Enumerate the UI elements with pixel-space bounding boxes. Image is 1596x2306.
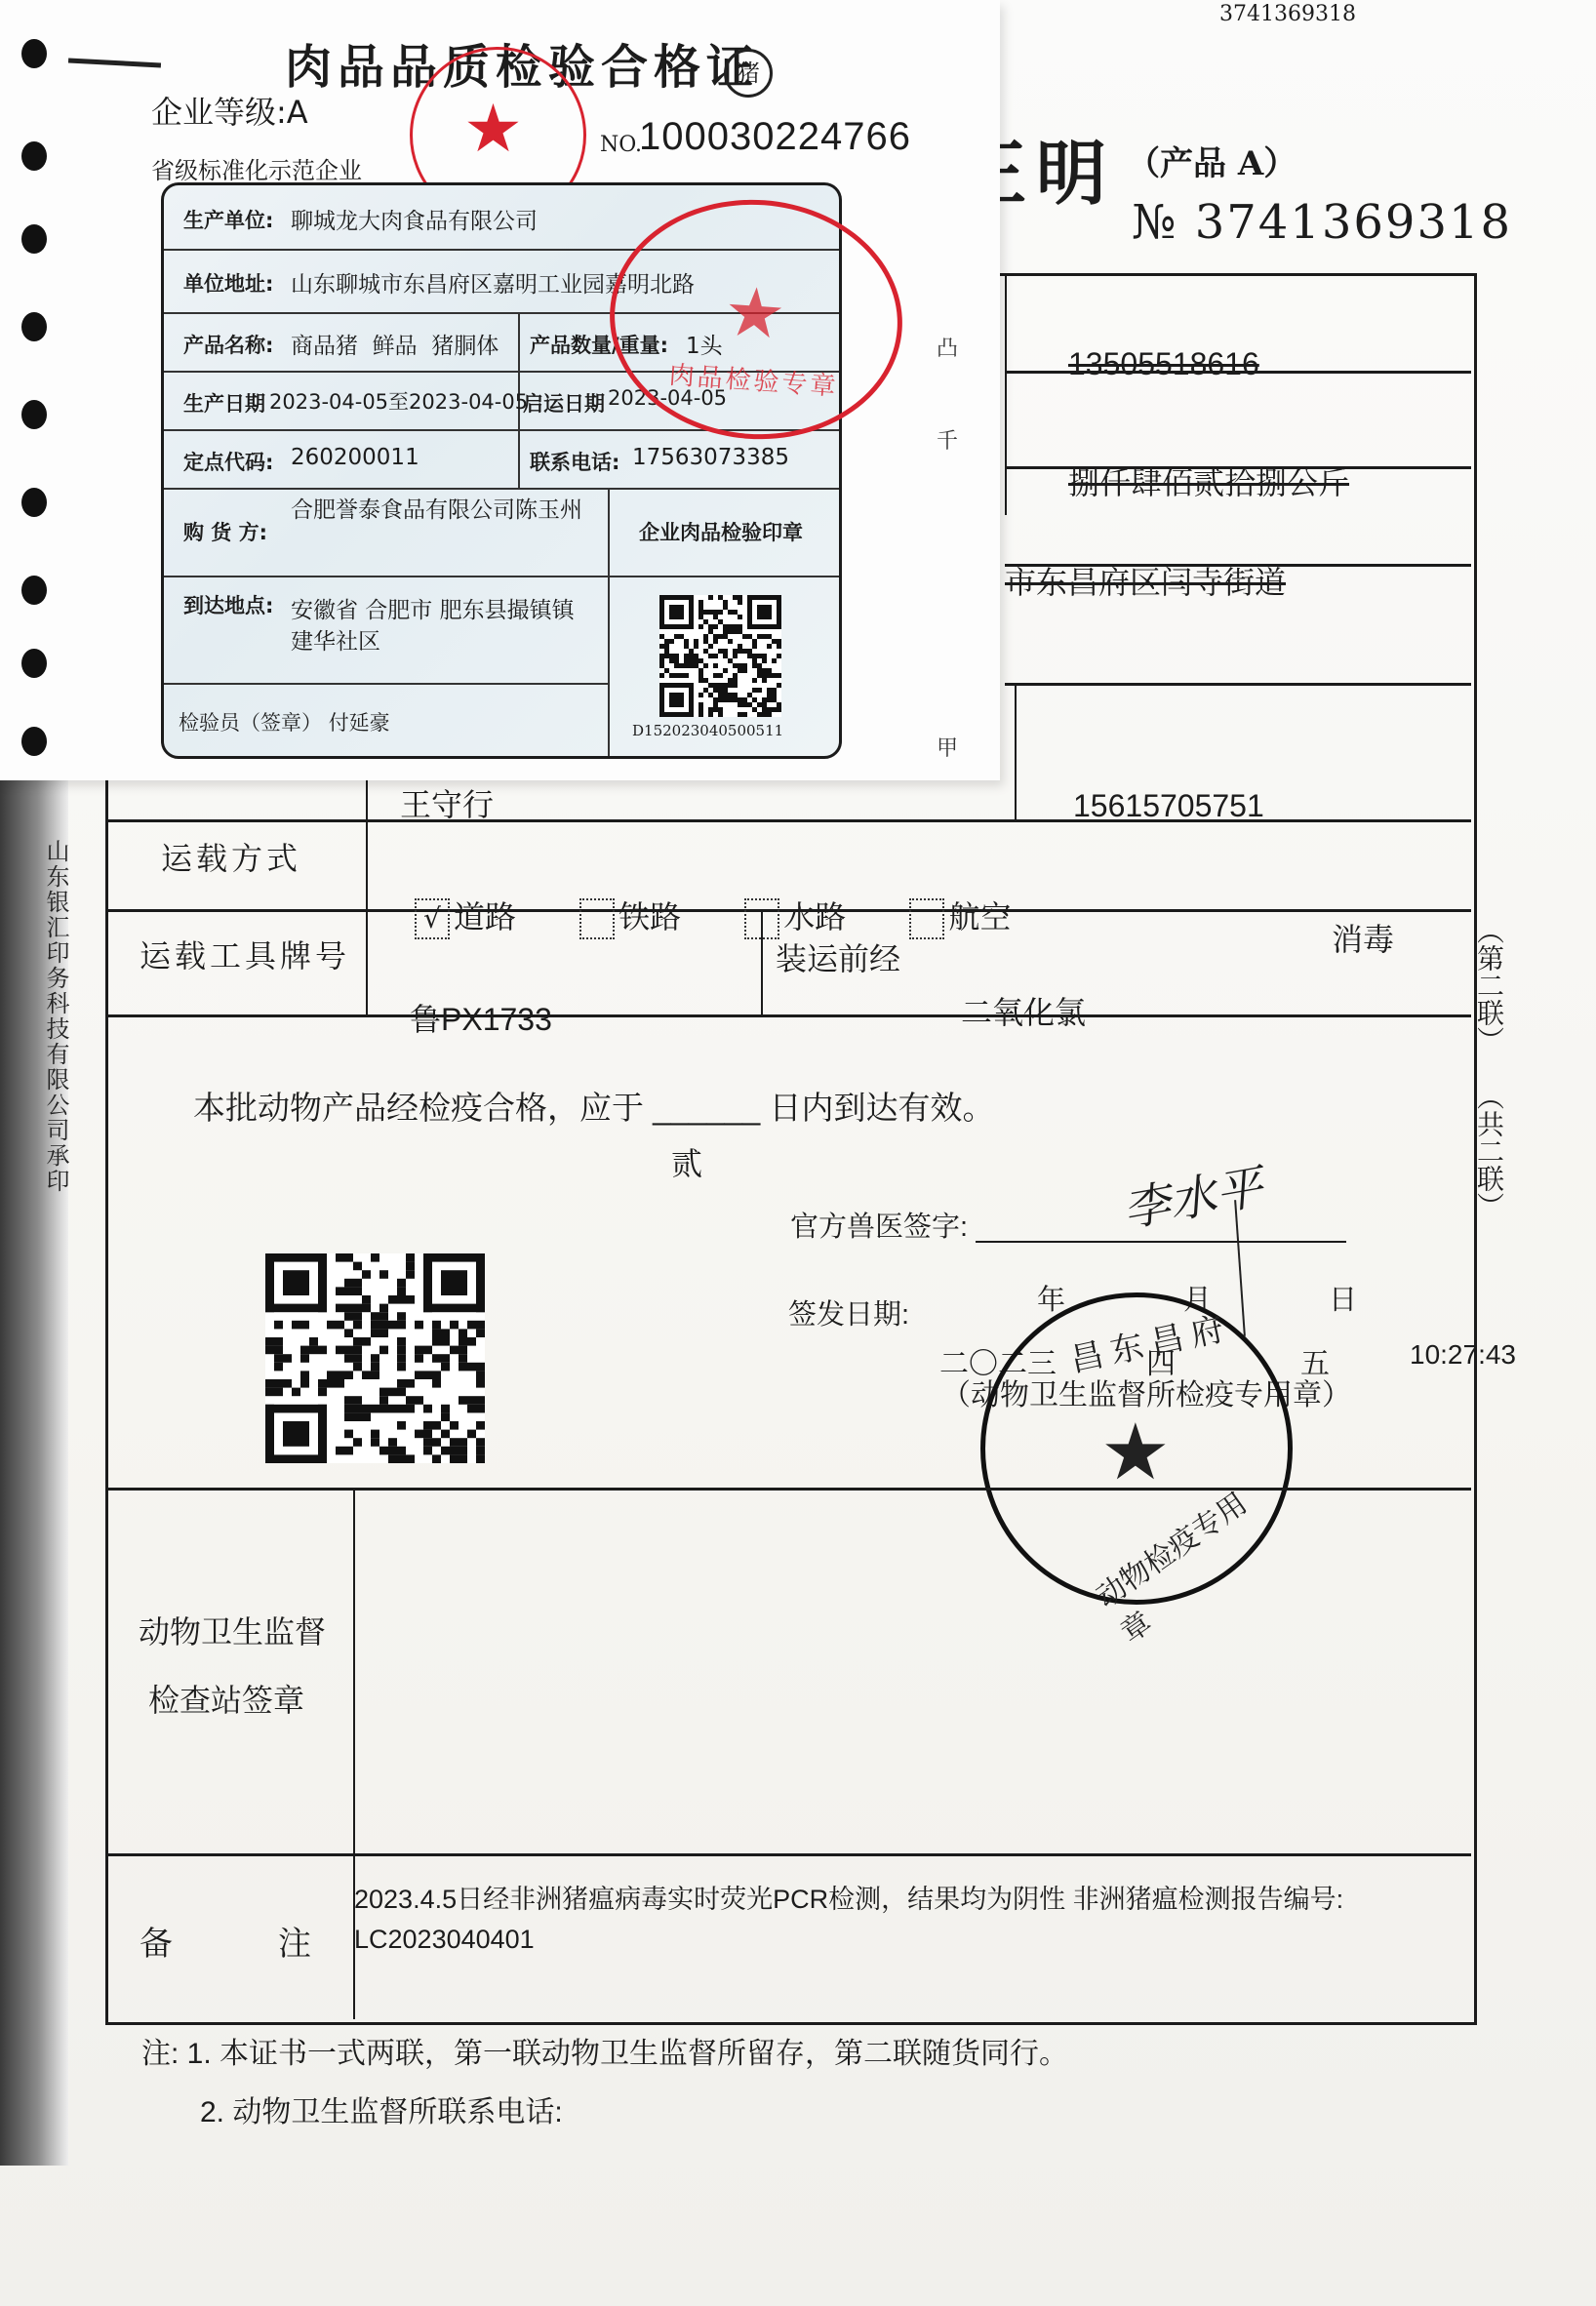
inspector-name: 付延豪 bbox=[329, 711, 390, 735]
destination: 安徽省 合肥市 肥东县撮镇镇建华社区 bbox=[291, 595, 583, 657]
producer-label: 生产单位: bbox=[183, 205, 273, 234]
production-date-label: 生产日期 bbox=[183, 388, 265, 417]
origin-address: 市东昌府区闫寺街道 bbox=[1005, 558, 1286, 603]
checkpoint-label-line2: 检查站签章 bbox=[148, 1676, 304, 1721]
remarks-line-2: LC2023040401 bbox=[354, 1925, 535, 1955]
punch-hole bbox=[21, 649, 47, 678]
printer-credit: 山东银汇印务科技有限公司承印 bbox=[39, 839, 73, 1194]
remarks-label-a: 备 bbox=[140, 1917, 173, 1965]
enterprise-note: 省级标准化示范企业 bbox=[151, 151, 362, 185]
certificate-number-label: № bbox=[1132, 195, 1177, 250]
document-title-suffix: （产品 A） bbox=[1127, 137, 1297, 184]
remarks-line-1: 2023.4.5日经非洲猪瘟病毒实时荧光PCR检测，结果均为阴性 非洲猪瘟检测报… bbox=[354, 1878, 1343, 1916]
col-divider bbox=[608, 488, 610, 756]
carrier-name: 王守行 bbox=[400, 780, 494, 825]
certificate-no-prefix: NO. bbox=[600, 133, 642, 157]
issue-time: 10:27:43 bbox=[1410, 1339, 1516, 1371]
punch-hole bbox=[21, 727, 47, 756]
punch-hole bbox=[21, 400, 47, 429]
disinfectant: 二氧化氯 bbox=[961, 988, 1086, 1033]
punch-hole bbox=[21, 141, 47, 171]
punch-hole bbox=[21, 312, 47, 341]
carrier-phone: 15615705751 bbox=[1073, 788, 1264, 824]
punch-hole bbox=[21, 224, 47, 254]
producer: 聊城龙大肉食品有限公司 bbox=[291, 203, 538, 235]
meat-quality-certificate: 肉品品质检验合格证 猪 企业等级:A 省级标准化示范企业 NO. 1000302… bbox=[0, 0, 1000, 780]
transport-option-air[interactable]: 航空 bbox=[909, 893, 1011, 939]
ship-date-label: 启运日期 bbox=[523, 388, 605, 417]
checkpoint-signature-area[interactable] bbox=[356, 1492, 1468, 1834]
edge-glyph: 千 bbox=[937, 424, 958, 455]
phone-label: 联系电话: bbox=[530, 447, 619, 476]
table-divider bbox=[107, 1853, 1471, 1856]
certificate-number-value: 3741369318 bbox=[1195, 195, 1512, 250]
qr-code-id: D152023040500511 bbox=[632, 722, 783, 739]
table-divider bbox=[107, 819, 1471, 822]
footnote-1: 注: 1. 本证书一式两联，第一联动物卫生监督所留存，第二联随货同行。 bbox=[141, 2029, 1068, 2072]
punch-hole bbox=[21, 576, 47, 605]
seal-label: 企业肉品检验印章 bbox=[639, 517, 803, 546]
stamp-text-top: 昌东昌府 bbox=[1065, 1300, 1236, 1381]
signature-line bbox=[976, 1241, 1346, 1243]
site-code-label: 定点代码: bbox=[183, 447, 273, 476]
table-divider bbox=[761, 909, 763, 1014]
transport-option-rail[interactable]: 铁路 bbox=[579, 893, 681, 939]
day-label: 日 bbox=[1329, 1278, 1357, 1318]
destination-label: 到达地点: bbox=[183, 590, 273, 619]
edge-glyph: 甲 bbox=[937, 732, 958, 762]
disinfection-label: 装运前经 bbox=[776, 934, 900, 979]
transport-option-road[interactable]: √道路 bbox=[415, 893, 516, 939]
star-icon: ★ bbox=[1100, 1407, 1171, 1497]
star-icon: ★ bbox=[463, 91, 523, 168]
validity-days: 贰 bbox=[671, 1139, 702, 1184]
table-divider bbox=[1005, 683, 1471, 686]
certificate-number: № 3741369318 bbox=[1132, 195, 1512, 250]
table-divider bbox=[1015, 683, 1017, 819]
punch-hole bbox=[21, 39, 47, 68]
top-serial-number: 3741369318 bbox=[1219, 2, 1356, 26]
product-qr-code[interactable] bbox=[659, 595, 781, 717]
species-badge: 猪 bbox=[724, 49, 773, 98]
row-divider bbox=[164, 576, 839, 577]
transport-mode-options: √道路 铁路 水路 航空 bbox=[415, 893, 1069, 939]
site-code: 260200011 bbox=[291, 445, 419, 470]
stamp-text: 肉品检验专章 bbox=[668, 355, 840, 403]
phone: 17563073385 bbox=[632, 445, 789, 470]
table-divider bbox=[107, 1014, 1471, 1017]
table-divider bbox=[366, 780, 368, 1014]
remarks-label-b: 注 bbox=[278, 1917, 311, 1965]
quarantine-qr-code[interactable] bbox=[265, 1253, 485, 1463]
consignor-phone: 13505518616 bbox=[1068, 346, 1259, 382]
punch-hole bbox=[21, 488, 47, 517]
edge-glyph: 凸 bbox=[937, 332, 958, 362]
vehicle-plate-label: 运载工具牌号 bbox=[140, 932, 350, 976]
transport-option-water[interactable]: 水路 bbox=[744, 893, 846, 939]
table-divider bbox=[1005, 276, 1007, 515]
checkbox-air[interactable] bbox=[909, 898, 944, 939]
checkbox-rail[interactable] bbox=[579, 898, 615, 939]
row-divider bbox=[164, 683, 610, 685]
checkbox-road[interactable]: √ bbox=[415, 898, 450, 939]
production-date: 2023-04-05至2023-04-05 bbox=[269, 386, 528, 416]
tear-mark bbox=[68, 59, 161, 68]
product: 商品猪 鲜品 猪胴体 bbox=[291, 328, 499, 360]
inspector-label: 检验员（签章） 付延豪 bbox=[179, 707, 390, 736]
buyer-label: 购 货 方: bbox=[183, 517, 267, 546]
address-label: 单位地址: bbox=[183, 268, 273, 298]
product-label: 产品名称: bbox=[183, 330, 273, 359]
row-divider bbox=[164, 488, 839, 490]
issue-date-label: 签发日期: bbox=[788, 1292, 909, 1332]
validity-statement: 本批动物产品经检疫合格，应于 ______ 日内到达有效。 bbox=[193, 1083, 994, 1129]
checkpoint-label-line1: 动物卫生监督 bbox=[139, 1608, 326, 1652]
disinfection-label-suffix: 消毒 bbox=[1332, 915, 1394, 960]
vehicle-plate: 鲁PX1733 bbox=[410, 995, 552, 1040]
vet-signature-label: 官方兽医签字: bbox=[790, 1205, 968, 1245]
enterprise-grade: 企业等级:A bbox=[151, 88, 308, 133]
table-divider bbox=[107, 1488, 1471, 1491]
buyer: 合肥誉泰食品有限公司陈玉州 bbox=[291, 496, 593, 525]
transport-mode-label: 运载方式 bbox=[161, 834, 301, 879]
product-weight: 捌仟肆佰贰拾捌公斤 bbox=[1068, 458, 1349, 503]
star-icon: ★ bbox=[722, 271, 788, 355]
copy-indicator: （第二联）（共二联） bbox=[1471, 917, 1506, 1219]
certificate-no: 100030224766 bbox=[639, 115, 911, 159]
footnote-2: 2. 动物卫生监督所联系电话: bbox=[200, 2087, 563, 2130]
